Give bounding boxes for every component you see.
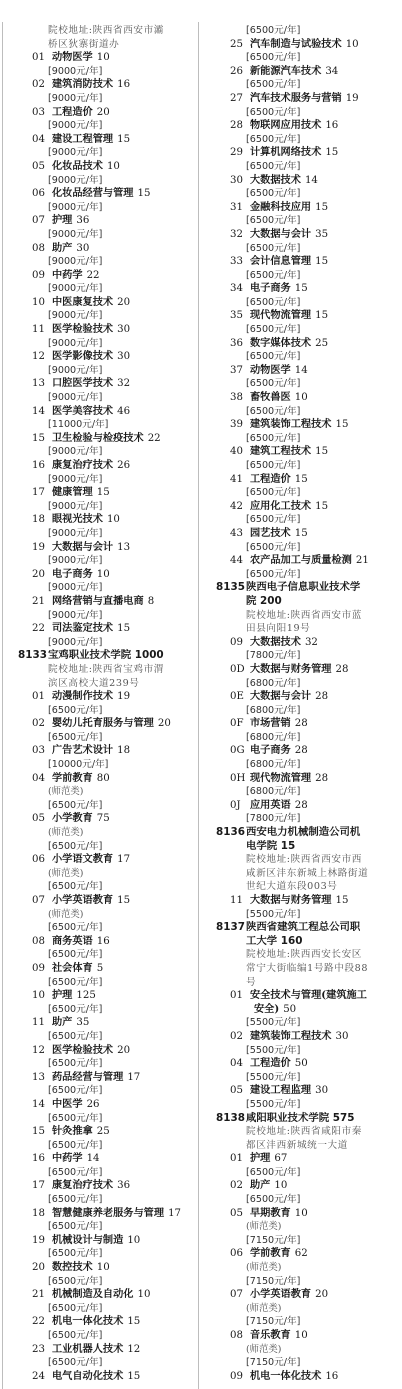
major-entry: 32大数据与会计35 xyxy=(202,228,400,242)
major-code: 0E xyxy=(230,690,248,704)
enrollment-count: 14 xyxy=(305,175,318,186)
major-entry: 08商务英语16 xyxy=(4,935,198,949)
tuition-fee: [9000元/年] xyxy=(4,65,198,79)
enrollment-count: 5 xyxy=(97,963,103,974)
major-name: 会计信息管理 xyxy=(250,255,311,267)
tuition-fee: [9000元/年] xyxy=(4,119,198,133)
major-entry: 29计算机网络技术15 xyxy=(202,146,400,160)
enrollment-count: 30 xyxy=(117,351,130,362)
enrollment-count: 15 xyxy=(295,283,308,294)
enrollment-count: 30 xyxy=(117,324,130,335)
enrollment-count: 16 xyxy=(325,1371,338,1382)
major-entry: 0F市场营销28 xyxy=(202,717,400,731)
major-code: 14 xyxy=(32,1098,50,1112)
school-address: 都区沣西新城统一大道 xyxy=(202,1139,400,1153)
major-code: 07 xyxy=(230,1288,248,1302)
enrollment-count: 16 xyxy=(97,936,110,947)
tuition-fee: [6500元/年] xyxy=(202,1166,400,1180)
major-code: 36 xyxy=(230,337,248,351)
major-entry: 22司法鉴定技术15 xyxy=(4,622,198,636)
major-name: 助产 xyxy=(52,1016,72,1028)
enrollment-count: 25 xyxy=(97,1126,110,1137)
major-name: 小学教育 xyxy=(52,812,93,824)
enrollment-count: 32 xyxy=(117,378,130,389)
enrollment-count: 10 xyxy=(97,569,110,580)
major-code: 41 xyxy=(230,473,248,487)
major-name: 应用化工技术 xyxy=(250,500,311,512)
enrollment-count: 80 xyxy=(97,773,110,784)
enrollment-count: 10 xyxy=(107,514,120,525)
major-code: 02 xyxy=(230,1179,248,1193)
tuition-fee: [9000元/年] xyxy=(4,282,198,296)
major-entry: 21网络营销与直播电商8 xyxy=(4,595,198,609)
tuition-fee: [6500元/年] xyxy=(4,1329,198,1343)
major-entry: 04建设工程管理15 xyxy=(4,133,198,147)
major-entry: 03工程造价20 xyxy=(4,106,198,120)
major-name: 小学英语教育 xyxy=(52,894,113,906)
major-code: 01 xyxy=(32,690,50,704)
school-name: 陕西电子信息职业技术学 xyxy=(246,581,360,593)
tuition-fee: [6500元/年] xyxy=(4,948,198,962)
major-name: 化妆品技术 xyxy=(52,160,103,172)
enrollment-count: 20 xyxy=(117,1045,130,1056)
tuition-fee: [6500元/年] xyxy=(202,160,400,174)
major-entry: 20数控技术10 xyxy=(4,1261,198,1275)
enrollment-count: 17 xyxy=(127,1072,140,1083)
major-entry: 35现代物流管理15 xyxy=(202,309,400,323)
major-code: 21 xyxy=(32,595,50,609)
enrollment-count: 36 xyxy=(76,215,89,226)
major-name: 计算机网络技术 xyxy=(250,146,321,158)
major-code: 28 xyxy=(230,119,248,133)
major-entry: 10护理125 xyxy=(4,989,198,1003)
major-name: 工程造价 xyxy=(52,106,93,118)
major-code: 35 xyxy=(230,309,248,323)
major-code: 12 xyxy=(32,350,50,364)
major-entry-continued: 安全)50 xyxy=(202,1003,400,1017)
major-entry: 25汽车制造与试验技术10 xyxy=(202,38,400,52)
major-code: 02 xyxy=(32,78,50,92)
tuition-fee: [6800元/年] xyxy=(202,677,400,691)
major-code: 09 xyxy=(32,962,50,976)
major-code: 24 xyxy=(32,1370,50,1384)
major-code: 37 xyxy=(230,364,248,378)
major-entry: 05小学教育75 xyxy=(4,812,198,826)
major-name: 金融科技应用 xyxy=(250,201,311,213)
major-code: 15 xyxy=(32,1125,50,1139)
major-entry: 44农产品加工与质量检测21 xyxy=(202,554,400,568)
major-entry: 02婴幼儿托育服务与管理20 xyxy=(4,717,198,731)
school-name: 咸阳职业技术学院 575 xyxy=(246,1112,354,1124)
major-name: 机电一体化技术 xyxy=(250,1370,321,1382)
enrollment-count: 12 xyxy=(127,1344,140,1355)
tuition-fee: [5500元/年] xyxy=(202,908,400,922)
enrollment-count: 10 xyxy=(127,1235,140,1246)
major-name: 建筑装饰工程技术 xyxy=(250,1030,332,1042)
tuition-fee: [9000元/年] xyxy=(4,201,198,215)
school-code: 8137 xyxy=(216,921,246,935)
major-name: 数控技术 xyxy=(52,1261,93,1273)
category-note: (师范类) xyxy=(4,785,198,799)
major-code: 11 xyxy=(32,1016,50,1030)
major-name: 安全技术与管理(建筑施工 xyxy=(250,989,367,1001)
major-code: 09 xyxy=(230,636,248,650)
major-entry: 07护理36 xyxy=(4,214,198,228)
column-rule-left xyxy=(2,22,3,1389)
enrollment-count: 15 xyxy=(117,134,130,145)
category-note: (师范类) xyxy=(202,1343,400,1357)
major-code: 22 xyxy=(32,622,50,636)
tuition-fee: [6800元/年] xyxy=(202,785,400,799)
school-address: 院校地址:陕西省西安市蓝 xyxy=(202,609,400,623)
major-name: 建筑消防技术 xyxy=(52,78,113,90)
enrollment-count: 32 xyxy=(305,637,318,648)
major-name: 护理 xyxy=(52,989,72,1001)
major-name: 医学影像技术 xyxy=(52,350,113,362)
enrollment-count: 17 xyxy=(117,854,130,865)
tuition-fee: [6500元/年] xyxy=(4,1302,198,1316)
major-name: 健康管理 xyxy=(52,486,93,498)
tuition-fee: [6500元/年] xyxy=(4,880,198,894)
major-name: 针灸推拿 xyxy=(52,1125,93,1137)
major-name: 电子商务 xyxy=(250,282,291,294)
major-name: 应用英语 xyxy=(250,799,291,811)
major-entry: 33会计信息管理15 xyxy=(202,255,400,269)
tuition-fee: [9000元/年] xyxy=(4,146,198,160)
tuition-fee: [6500元/年] xyxy=(4,1112,198,1126)
enrollment-count: 28 xyxy=(336,664,349,675)
tuition-fee: [5500元/年] xyxy=(202,1098,400,1112)
major-entry: 0E大数据与会计28 xyxy=(202,690,400,704)
tuition-fee: [6500元/年] xyxy=(202,24,400,38)
tuition-fee: [6500元/年] xyxy=(4,1356,198,1370)
tuition-fee: [6500元/年] xyxy=(202,106,400,120)
enrollment-count: 16 xyxy=(117,79,130,90)
major-name: 司法鉴定技术 xyxy=(52,622,113,634)
school-address: 院校地址:陕西省西安市西 xyxy=(202,853,400,867)
major-code: 10 xyxy=(32,296,50,310)
category-note: (师范类) xyxy=(4,826,198,840)
major-name: 网络营销与直播电商 xyxy=(52,595,144,607)
school-address: 桥区狄寨街道办 xyxy=(4,38,198,52)
major-entry: 05建设工程监理30 xyxy=(202,1084,400,1098)
enrollment-count: 10 xyxy=(295,1330,308,1341)
enrollment-count: 15 xyxy=(325,147,338,158)
enrollment-count: 28 xyxy=(295,718,308,729)
tuition-fee: [7800元/年] xyxy=(202,812,400,826)
tuition-fee: [6500元/年] xyxy=(202,459,400,473)
tuition-fee: [10000元/年] xyxy=(4,758,198,772)
document-page: 院校地址:陕西省西安市灞桥区狄寨街道办01动物医学10[9000元/年]02建筑… xyxy=(0,0,402,1389)
enrollment-count: 28 xyxy=(315,691,328,702)
major-code: 04 xyxy=(32,772,50,786)
tuition-fee: [9000元/年] xyxy=(4,554,198,568)
enrollment-count: 15 xyxy=(97,487,110,498)
school-name: 宝鸡职业技术学院 1000 xyxy=(48,649,164,661)
enrollment-count: 10 xyxy=(295,1208,308,1219)
major-name: 中药学 xyxy=(52,1152,83,1164)
major-entry: 10中医康复技术20 xyxy=(4,296,198,310)
major-code: 04 xyxy=(230,1057,248,1071)
tuition-fee: [6500元/年] xyxy=(4,1057,198,1071)
major-entry: 12医学检验技术20 xyxy=(4,1044,198,1058)
tuition-fee: [6500元/年] xyxy=(4,1220,198,1234)
enrollment-count: 10 xyxy=(97,52,110,63)
tuition-fee: [6500元/年] xyxy=(202,51,400,65)
major-code: 44 xyxy=(230,554,248,568)
major-code: 08 xyxy=(32,242,50,256)
major-name: 电子商务 xyxy=(52,568,93,580)
major-code: 0J xyxy=(230,799,248,813)
major-entry: 23工业机器人技术12 xyxy=(4,1343,198,1357)
major-code: 16 xyxy=(32,1152,50,1166)
category-note: (师范类) xyxy=(202,1302,400,1316)
major-name: 中药学 xyxy=(52,269,83,281)
enrollment-count: 15 xyxy=(315,310,328,321)
major-name: 护理 xyxy=(52,214,72,226)
tuition-fee: [9000元/年] xyxy=(4,500,198,514)
major-entry: 09机电一体化技术16 xyxy=(202,1370,400,1384)
enrollment-count: 50 xyxy=(283,1004,296,1015)
major-entry: 34电子商务15 xyxy=(202,282,400,296)
major-entry: 06学前教育62 xyxy=(202,1247,400,1261)
category-note: (师范类) xyxy=(202,1261,400,1275)
enrollment-count: 15 xyxy=(127,1371,140,1382)
enrollment-count: 19 xyxy=(346,93,359,104)
enrollment-count: 22 xyxy=(87,270,100,281)
major-name: 动物医学 xyxy=(250,364,291,376)
major-code: 01 xyxy=(230,1152,248,1166)
major-code: 32 xyxy=(230,228,248,242)
major-name: 工业机器人技术 xyxy=(52,1343,123,1355)
major-code: 07 xyxy=(32,214,50,228)
major-code: 05 xyxy=(230,1207,248,1221)
tuition-fee: [6500元/年] xyxy=(202,513,400,527)
major-code: 13 xyxy=(32,1071,50,1085)
tuition-fee: [6500元/年] xyxy=(202,214,400,228)
school-address: 咸新区沣东新城上林路街道 xyxy=(202,867,400,881)
major-entry: 11助产35 xyxy=(4,1016,198,1030)
major-entry: 41工程造价15 xyxy=(202,473,400,487)
enrollment-count: 18 xyxy=(117,745,130,756)
tuition-fee: [9000元/年] xyxy=(4,636,198,650)
major-entry: 22机电一体化技术15 xyxy=(4,1315,198,1329)
major-entry: 05早期教育10 xyxy=(202,1207,400,1221)
tuition-fee: [6500元/年] xyxy=(202,187,400,201)
major-name: 护理 xyxy=(250,1152,270,1164)
major-code: 02 xyxy=(32,717,50,731)
major-name: 大数据与会计 xyxy=(250,228,311,240)
school-address: 院校地址:陕西西安长安区 xyxy=(202,948,400,962)
tuition-fee: [9000元/年] xyxy=(4,255,198,269)
left-column: 院校地址:陕西省西安市灞桥区狄寨街道办01动物医学10[9000元/年]02建筑… xyxy=(4,24,198,1383)
major-name: 医学美容技术 xyxy=(52,405,113,417)
major-entry: 02助产10 xyxy=(202,1179,400,1193)
major-code: 0G xyxy=(230,744,248,758)
major-name: 现代物流管理 xyxy=(250,772,311,784)
tuition-fee: [7800元/年] xyxy=(202,649,400,663)
school-header: 8133宝鸡职业技术学院 1000 xyxy=(4,649,198,663)
tuition-fee: [6500元/年] xyxy=(202,486,400,500)
major-code: 20 xyxy=(32,1261,50,1275)
major-entry: 08助产30 xyxy=(4,242,198,256)
major-entry: 14医学美容技术46 xyxy=(4,405,198,419)
enrollment-count: 16 xyxy=(325,120,338,131)
major-name: 安全) xyxy=(254,1003,279,1015)
major-entry: 15针灸推拿25 xyxy=(4,1125,198,1139)
tuition-fee: [6500元/年] xyxy=(202,269,400,283)
major-code: 38 xyxy=(230,391,248,405)
major-name: 汽车技术服务与营销 xyxy=(250,92,342,104)
major-name: 畜牧兽医 xyxy=(250,391,291,403)
major-entry: 01护理67 xyxy=(202,1152,400,1166)
right-column: [6500元/年]25汽车制造与试验技术10[6500元/年]26新能源汽车技术… xyxy=(202,24,400,1383)
enrollment-count: 10 xyxy=(295,392,308,403)
major-name: 医学检验技术 xyxy=(52,323,113,335)
major-name: 大数据与财务管理 xyxy=(250,663,332,675)
major-code: 23 xyxy=(32,1343,50,1357)
enrollment-count: 26 xyxy=(87,1099,100,1110)
major-entry: 31金融科技应用15 xyxy=(202,201,400,215)
enrollment-count: 62 xyxy=(295,1248,308,1259)
enrollment-count: 34 xyxy=(325,66,338,77)
enrollment-count: 10 xyxy=(274,1180,287,1191)
enrollment-count: 20 xyxy=(97,107,110,118)
tuition-fee: [7150元/年] xyxy=(202,1275,400,1289)
enrollment-count: 28 xyxy=(295,745,308,756)
school-code: 8133 xyxy=(18,649,48,663)
school-code: 8138 xyxy=(216,1112,246,1126)
major-entry: 28物联网应用技术16 xyxy=(202,119,400,133)
major-entry: 07小学英语教育20 xyxy=(202,1288,400,1302)
tuition-fee: [9000元/年] xyxy=(4,337,198,351)
school-header-continued: 工大学 160 xyxy=(202,935,400,949)
major-code: 31 xyxy=(230,201,248,215)
major-code: 05 xyxy=(230,1084,248,1098)
major-entry: 09社会体育5 xyxy=(4,962,198,976)
enrollment-count: 15 xyxy=(138,188,151,199)
major-entry: 01动漫制作技术19 xyxy=(4,690,198,704)
major-code: 15 xyxy=(32,432,50,446)
major-code: 39 xyxy=(230,418,248,432)
enrollment-count: 30 xyxy=(336,1031,349,1042)
category-note: (师范类) xyxy=(4,867,198,881)
major-name: 广告艺术设计 xyxy=(52,744,113,756)
major-entry: 19机械设计与制造10 xyxy=(4,1234,198,1248)
major-name: 工程造价 xyxy=(250,473,291,485)
tuition-fee: [6500元/年] xyxy=(4,1193,198,1207)
tuition-fee: [9000元/年] xyxy=(4,309,198,323)
enrollment-count: 10 xyxy=(107,161,120,172)
major-code: 30 xyxy=(230,174,248,188)
tuition-fee: [6500元/年] xyxy=(4,731,198,745)
tuition-fee: [5500元/年] xyxy=(202,1071,400,1085)
major-name: 小学英语教育 xyxy=(250,1288,311,1300)
tuition-fee: [6500元/年] xyxy=(4,1166,198,1180)
major-entry: 21机械制造及自动化10 xyxy=(4,1288,198,1302)
major-name: 商务英语 xyxy=(52,935,93,947)
tuition-fee: [6500元/年] xyxy=(202,377,400,391)
major-entry: 30大数据技术14 xyxy=(202,174,400,188)
enrollment-count: 26 xyxy=(117,460,130,471)
major-name: 建设工程监理 xyxy=(250,1084,311,1096)
enrollment-count: 15 xyxy=(336,895,349,906)
major-entry: 0J应用英语28 xyxy=(202,799,400,813)
major-code: 05 xyxy=(32,160,50,174)
major-name: 口腔医学技术 xyxy=(52,377,113,389)
enrollment-count: 20 xyxy=(158,718,171,729)
major-entry: 42应用化工技术15 xyxy=(202,500,400,514)
enrollment-count: 36 xyxy=(117,1180,130,1191)
major-name: 社会体育 xyxy=(52,962,93,974)
tuition-fee: [6500元/年] xyxy=(202,541,400,555)
major-name: 市场营销 xyxy=(250,717,291,729)
major-entry: 17康复治疗技术36 xyxy=(4,1179,198,1193)
major-code: 08 xyxy=(230,1329,248,1343)
major-entry: 02建筑装饰工程技术30 xyxy=(202,1030,400,1044)
major-entry: 24电气自动化技术15 xyxy=(4,1370,198,1384)
major-code: 06 xyxy=(32,187,50,201)
major-entry: 04学前教育80 xyxy=(4,772,198,786)
major-entry: 08音乐教育10 xyxy=(202,1329,400,1343)
enrollment-count: 125 xyxy=(76,990,95,1001)
major-code: 06 xyxy=(32,853,50,867)
major-name: 建筑装饰工程技术 xyxy=(250,418,332,430)
tuition-fee: [6500元/年] xyxy=(4,1275,198,1289)
tuition-fee: [6500元/年] xyxy=(202,350,400,364)
major-code: 08 xyxy=(32,935,50,949)
tuition-fee: [6500元/年] xyxy=(202,1193,400,1207)
tuition-fee: [6500元/年] xyxy=(4,921,198,935)
tuition-fee: [6500元/年] xyxy=(4,1003,198,1017)
enrollment-count: 28 xyxy=(315,773,328,784)
major-entry: 0D大数据与财务管理28 xyxy=(202,663,400,677)
tuition-fee: [6500元/年] xyxy=(4,1030,198,1044)
major-name: 智慧健康养老服务与管理 xyxy=(52,1207,164,1219)
school-name: 陕西省建筑工程总公司职 xyxy=(246,921,360,933)
major-code: 02 xyxy=(230,1030,248,1044)
major-name: 大数据与会计 xyxy=(250,690,311,702)
tuition-fee: [6500元/年] xyxy=(202,432,400,446)
major-entry: 18智慧健康养老服务与管理17 xyxy=(4,1207,198,1221)
tuition-fee: [6500元/年] xyxy=(4,976,198,990)
major-entry: 15卫生检验与检疫技术22 xyxy=(4,432,198,446)
major-name: 物联网应用技术 xyxy=(250,119,321,131)
tuition-fee: [6500元/年] xyxy=(202,78,400,92)
major-name: 园艺技术 xyxy=(250,527,291,539)
major-entry: 07小学英语教育15 xyxy=(4,894,198,908)
tuition-fee: [6800元/年] xyxy=(202,704,400,718)
enrollment-count: 67 xyxy=(274,1153,287,1164)
major-entry: 14中医学26 xyxy=(4,1098,198,1112)
tuition-fee: [7150元/年] xyxy=(202,1315,400,1329)
major-entry: 05化妆品技术10 xyxy=(4,160,198,174)
enrollment-count: 46 xyxy=(117,406,130,417)
school-address: 滨区高校大道239号 xyxy=(4,677,198,691)
major-code: 01 xyxy=(230,989,248,1003)
enrollment-count: 15 xyxy=(315,256,328,267)
major-name: 动物医学 xyxy=(52,51,93,63)
major-code: 03 xyxy=(32,744,50,758)
major-name: 卫生检验与检疫技术 xyxy=(52,432,144,444)
major-name: 中医康复技术 xyxy=(52,296,113,308)
tuition-fee: [6500元/年] xyxy=(202,405,400,419)
major-code: 03 xyxy=(32,106,50,120)
tuition-fee: [6500元/年] xyxy=(4,840,198,854)
enrollment-count: 15 xyxy=(117,623,130,634)
enrollment-count: 75 xyxy=(97,813,110,824)
major-name: 机械制造及自动化 xyxy=(52,1288,134,1300)
